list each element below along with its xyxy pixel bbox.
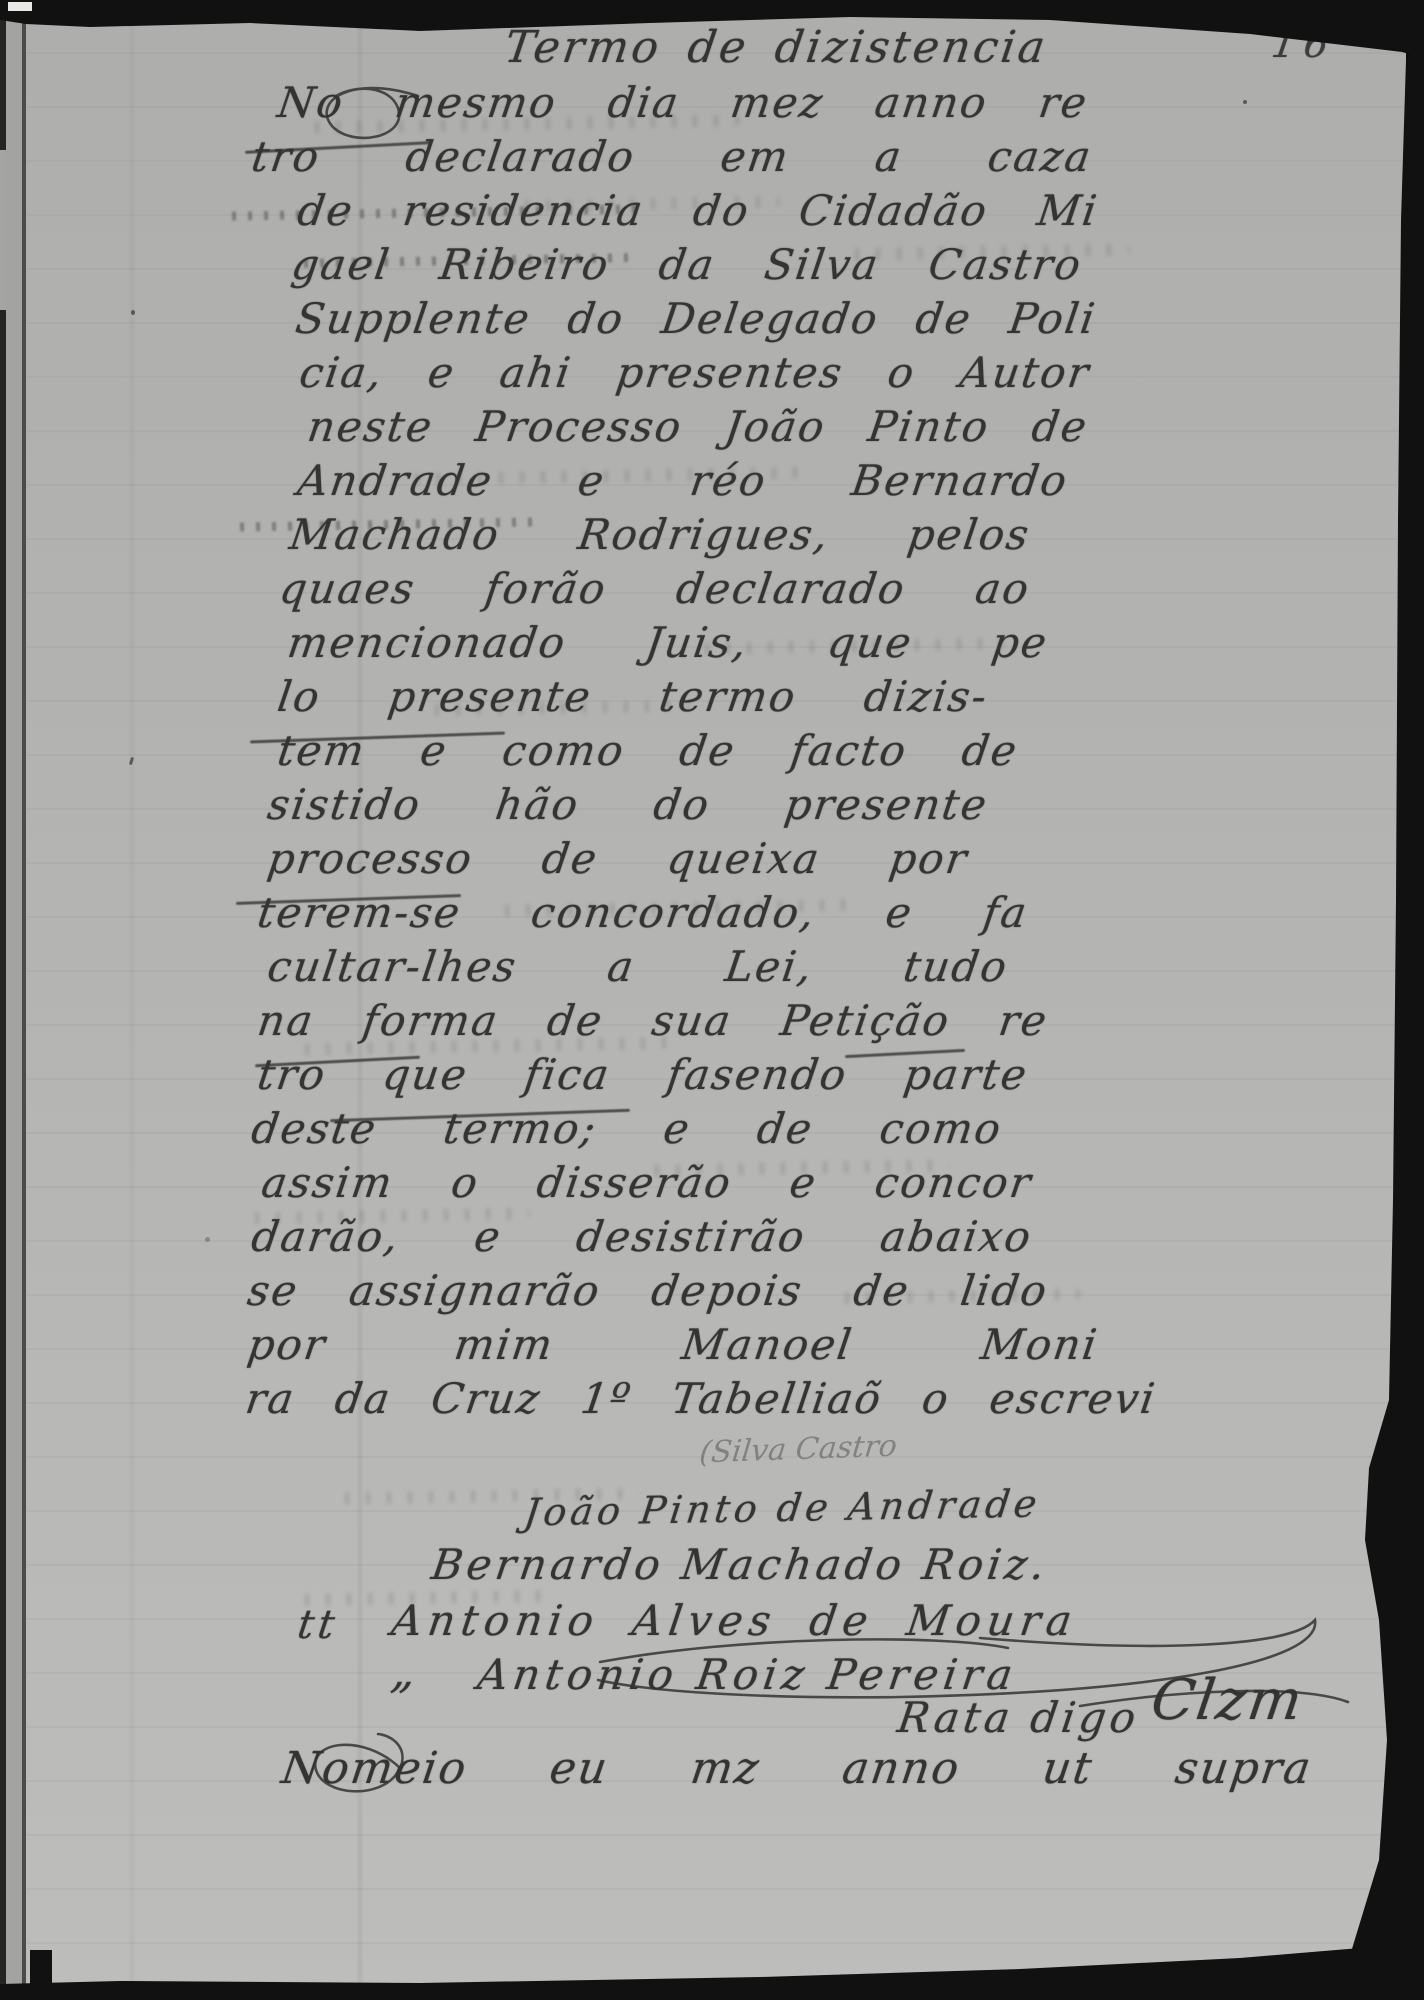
scanned-manuscript-page: 16 Termo de dizistencia No mesmo dia mez…: [0, 0, 1424, 2000]
scan-border: [0, 0, 1424, 2000]
